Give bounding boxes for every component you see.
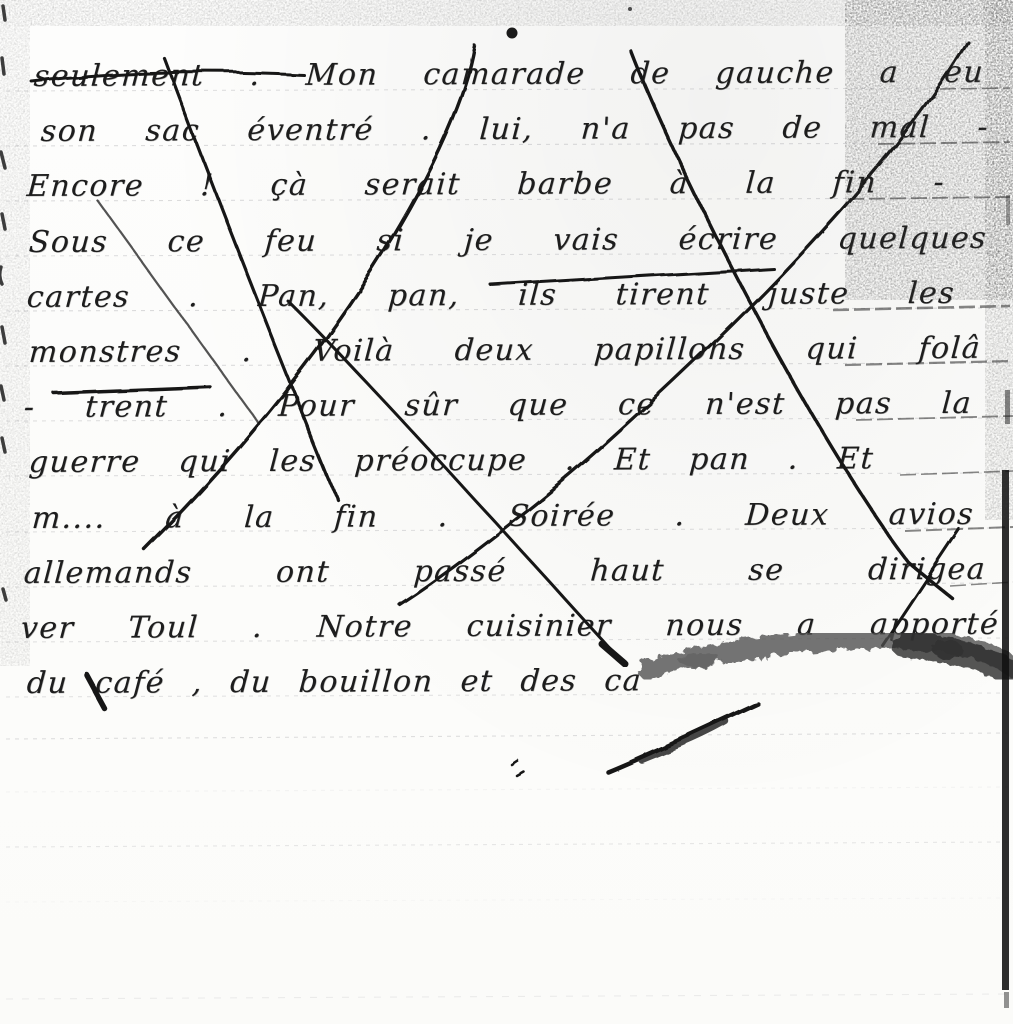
horizontal-strike (490, 267, 772, 284)
pen-flourish (606, 702, 756, 770)
scanned-page: seulement . Mon camarade de gauche a eu … (0, 0, 1013, 1024)
strikethrough-stroke (881, 528, 958, 644)
strikethrough-stroke (143, 45, 474, 548)
pen-flourish (510, 759, 522, 774)
ink-smudge (648, 639, 1013, 674)
scan-noise (0, 26, 30, 666)
pen-flourish (640, 720, 724, 758)
scan-noise (0, 0, 1013, 26)
strikethrough-stroke (287, 300, 621, 661)
ink-marks-layer (0, 0, 1013, 1024)
pen-flourish (84, 672, 103, 707)
strikethrough-stroke-tip (600, 642, 622, 661)
horizontal-strike (30, 71, 302, 80)
ink-blot (507, 28, 518, 39)
scan-noise (985, 0, 1013, 520)
horizontal-strike (52, 385, 208, 391)
